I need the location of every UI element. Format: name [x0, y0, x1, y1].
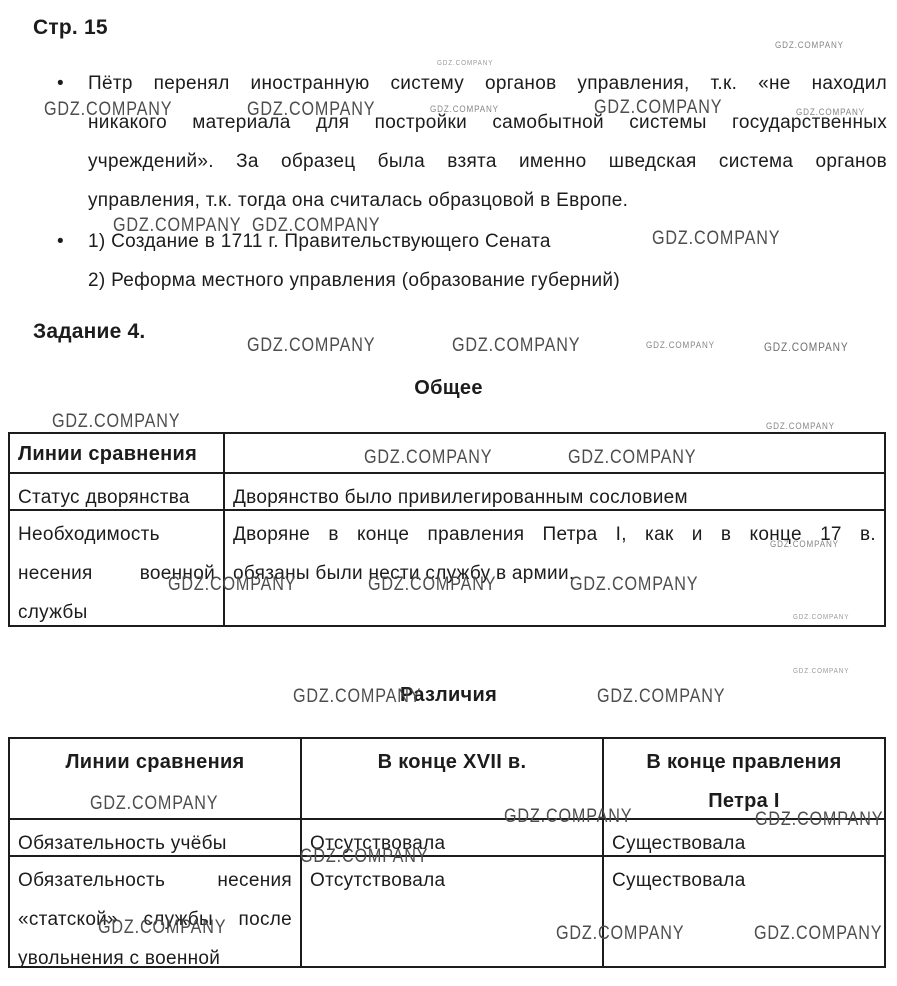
table-header-cell: В конце XVII в.	[302, 739, 604, 820]
paragraph-line: 1) Создание в 1711 г. Правительствующего…	[88, 222, 887, 261]
task-heading: Задание 4.	[33, 320, 145, 344]
page-number-heading: Стр. 15	[33, 16, 108, 40]
table-cell: Дворяне в конце правления Петра I, как и…	[225, 511, 884, 625]
watermark-text: GDZ.COMPANY	[646, 340, 715, 351]
paragraph-line: управления, т.к. тогда она считалась обр…	[88, 181, 887, 220]
cell-line: Дворянство было привилегированным сослов…	[233, 478, 876, 511]
table-header-cell: Линии сравнения	[10, 739, 302, 820]
table-cell: Отсутствовала	[302, 857, 604, 966]
watermark-text: GDZ.COMPANY	[766, 421, 835, 432]
differences-table-heading: Различия	[0, 684, 897, 707]
table-row-label: Обязательность несения «статской» службы…	[10, 857, 302, 966]
table-header-cell: В конце правления Петра I	[604, 739, 884, 820]
document-page: Стр. 15 • Пётр перенял иностранную систе…	[0, 0, 897, 986]
paragraph-line: никакого материала для постройки самобыт…	[88, 103, 887, 142]
cell-line: обязаны были нести службу в армии.	[233, 554, 876, 593]
watermark-text: GDZ.COMPANY	[775, 40, 844, 51]
table-header-cell: Линии сравнения	[10, 434, 225, 474]
table-row-label: Статус дворянства	[10, 474, 225, 511]
paragraph-line: 2) Реформа местного управления (образова…	[88, 261, 887, 300]
common-comparison-table: Линии сравнения Статус дворянства Дворян…	[8, 432, 886, 627]
watermark-text: GDZ.COMPANY	[793, 666, 849, 675]
common-table-heading: Общее	[0, 377, 897, 400]
table-row-label: Обязательность учёбы	[10, 820, 302, 857]
bullet-item-1: • Пётр перенял иностранную систему орган…	[55, 64, 887, 220]
table-cell: Дворянство было привилегированным сослов…	[225, 474, 884, 511]
cell-line: несения военной	[18, 554, 215, 593]
cell-line: Обязательность несения	[18, 861, 292, 900]
cell-line: службы	[18, 593, 215, 625]
cell-line: Дворяне в конце правления Петра I, как и…	[233, 515, 876, 554]
watermark-text: GDZ.COMPANY	[247, 335, 375, 357]
answer-bullet-list: • Пётр перенял иностранную систему орган…	[55, 64, 887, 300]
differences-comparison-table: Линии сравнения В конце XVII в. В конце …	[8, 737, 886, 968]
table-cell: Существовала	[604, 857, 884, 966]
watermark-text: GDZ.COMPANY	[764, 340, 849, 354]
cell-line: В конце правления	[612, 743, 876, 782]
watermark-text: GDZ.COMPANY	[452, 335, 580, 357]
cell-line: Петра I	[612, 782, 876, 820]
cell-line: Обязательность учёбы	[18, 824, 292, 857]
cell-line: Необходимость	[18, 515, 215, 554]
bullet-marker: •	[57, 222, 64, 261]
watermark-text: GDZ.COMPANY	[52, 411, 180, 433]
table-row-label: Необходимость несения военной службы	[10, 511, 225, 625]
cell-line: «статской» службы после	[18, 900, 292, 939]
table-cell: Существовала	[604, 820, 884, 857]
table-header-cell-empty	[225, 434, 884, 474]
bullet-item-2: • 1) Создание в 1711 г. Правительствующе…	[55, 222, 887, 300]
bullet-marker: •	[57, 64, 64, 103]
table-cell: Отсутствовала	[302, 820, 604, 857]
cell-line: увольнения с военной	[18, 939, 292, 966]
paragraph-line: Пётр перенял иностранную систему органов…	[88, 64, 887, 103]
paragraph-line: учреждений». За образец была взята именн…	[88, 142, 887, 181]
